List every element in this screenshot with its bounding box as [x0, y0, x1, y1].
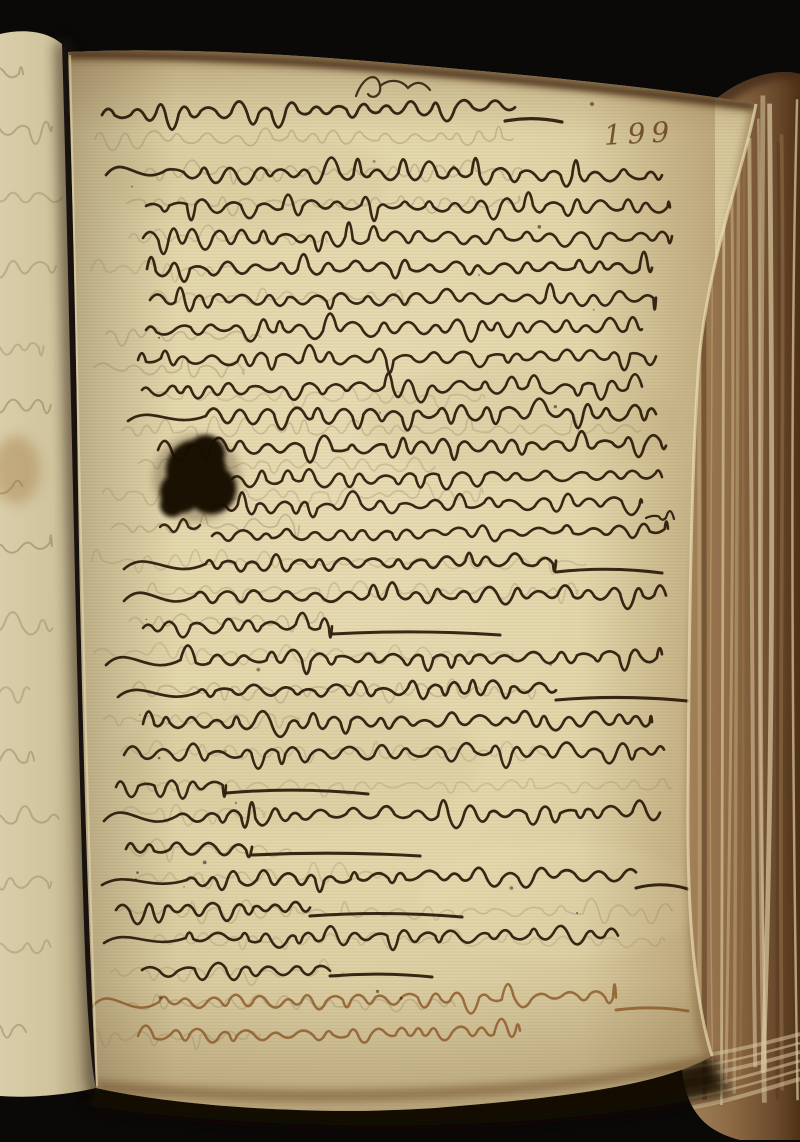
ink-speck	[146, 619, 148, 621]
ink-speck	[376, 990, 379, 993]
manuscript-page: 199	[60, 30, 770, 1120]
ink-speck	[550, 664, 553, 667]
fore-edge-leaf-ridge	[777, 142, 779, 1100]
manuscript-photo: 199	[0, 0, 800, 1142]
ink-speck	[379, 412, 381, 414]
ink-speck	[256, 668, 260, 672]
ink-speck-folio	[590, 102, 594, 106]
ink-speck	[373, 160, 376, 163]
ink-blot-body	[160, 493, 184, 517]
ink-speck	[478, 274, 480, 276]
ink-speck	[158, 757, 161, 760]
ink-blot-body	[187, 435, 225, 473]
fore-edge-leaf-ridge	[781, 134, 783, 1090]
ink-speck	[131, 186, 133, 188]
page-surface: 199	[60, 30, 770, 1120]
ink-speck	[136, 871, 139, 874]
ink-speck	[135, 878, 137, 880]
ink-speck	[224, 750, 226, 752]
ink-blot	[153, 434, 241, 522]
ink-speck	[576, 912, 578, 914]
ink-speck	[452, 165, 456, 169]
ink-speck	[139, 714, 141, 716]
ink-speck	[217, 488, 219, 490]
ink-speck	[203, 861, 207, 865]
ink-speck	[593, 309, 595, 311]
ink-speck	[510, 886, 514, 890]
ink-speck	[158, 337, 160, 339]
ink-speck	[159, 996, 163, 1000]
ink-speck	[183, 886, 185, 888]
ink-speck	[400, 997, 403, 1000]
folio-number: 199	[603, 115, 676, 152]
ink-speck	[235, 802, 237, 804]
ink-speck	[537, 225, 541, 229]
ink-speck	[554, 405, 557, 408]
